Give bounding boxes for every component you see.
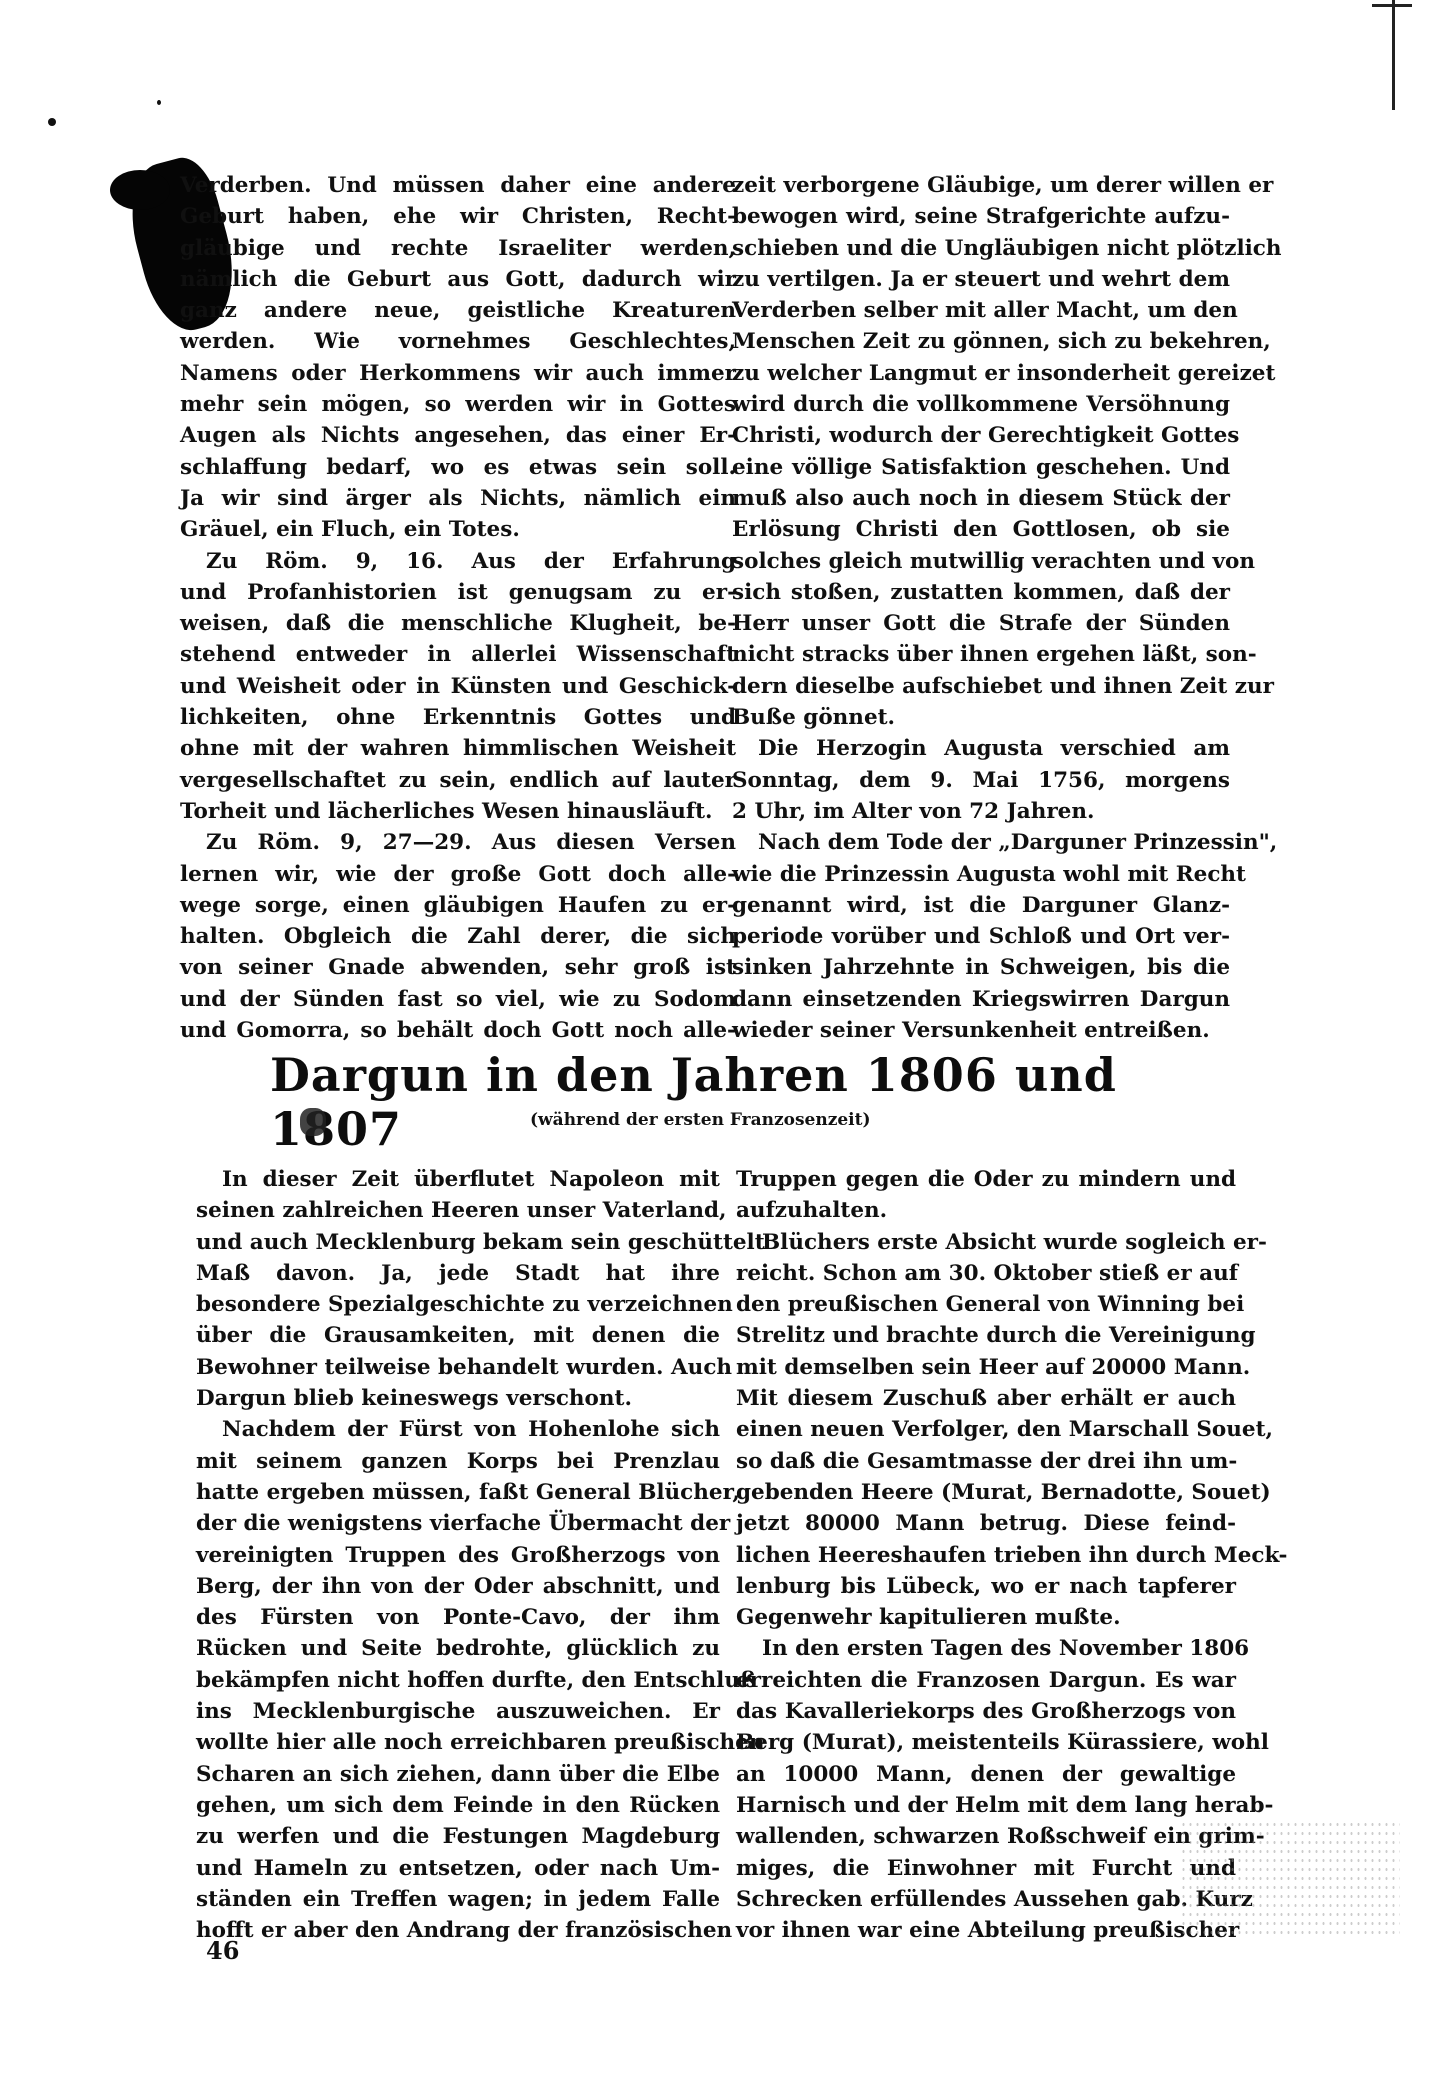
text-line: über die Grausamkeiten, mit denen die bbox=[196, 1320, 720, 1351]
text-line: miges, die Einwohner mit Furcht und bbox=[736, 1853, 1236, 1884]
text-line: nämlich die Geburt aus Gott, dadurch wir bbox=[180, 264, 736, 295]
text-line: das Kavalleriekorps des Großherzogs von bbox=[736, 1696, 1236, 1727]
text-line: Scharen an sich ziehen, dann über die El… bbox=[196, 1759, 720, 1790]
text-line: vereinigten Truppen des Großherzogs von bbox=[196, 1540, 720, 1571]
text-line: den preußischen General von Winning bei bbox=[736, 1289, 1236, 1320]
text-line: und auch Mecklenburg bekam sein geschütt… bbox=[196, 1227, 720, 1258]
text-line: Bewohner teilweise behandelt wurden. Auc… bbox=[196, 1352, 720, 1383]
text-line: wie die Prinzessin Augusta wohl mit Rech… bbox=[732, 859, 1230, 890]
text-line: Zu Röm. 9, 27—29. Aus diesen Versen bbox=[180, 827, 736, 858]
text-line: gebenden Heere (Murat, Bernadotte, Souet… bbox=[736, 1477, 1236, 1508]
text-line: Erlösung Christi den Gottlosen, ob sie bbox=[732, 514, 1230, 545]
text-line: vor ihnen war eine Abteilung preußischer bbox=[736, 1915, 1236, 1946]
text-line: ständen ein Treffen wagen; in jedem Fall… bbox=[196, 1884, 720, 1915]
text-line: hofft er aber den Andrang der französisc… bbox=[196, 1915, 720, 1946]
scanned-book-page: Verderben. Und müssen daher eine andereG… bbox=[0, 0, 1429, 2078]
text-line: Verderben selber mit aller Macht, um den bbox=[732, 295, 1230, 326]
text-line: weisen, daß die menschliche Klugheit, be… bbox=[180, 608, 736, 639]
text-line: Zu Röm. 9, 16. Aus der Erfahrung bbox=[180, 546, 736, 577]
text-line: muß also auch noch in diesem Stück der bbox=[732, 483, 1230, 514]
text-line: wallenden, schwarzen Roßschweif ein grim… bbox=[736, 1821, 1236, 1852]
text-line: werden. Wie vornehmes Geschlechtes, bbox=[180, 326, 736, 357]
text-line: Dargun blieb keineswegs verschont. bbox=[196, 1383, 720, 1414]
text-line: mit demselben sein Heer auf 20000 Mann. bbox=[736, 1352, 1236, 1383]
text-line: mehr sein mögen, so werden wir in Gottes bbox=[180, 389, 736, 420]
text-line: Verderben. Und müssen daher eine andere bbox=[180, 170, 736, 201]
text-line: Geburt haben, ehe wir Christen, Recht- bbox=[180, 201, 736, 232]
text-line: ganz andere neue, geistliche Kreaturen bbox=[180, 295, 736, 326]
text-line: Mit diesem Zuschuß aber erhält er auch bbox=[736, 1383, 1236, 1414]
text-line: schieben und die Ungläubigen nicht plötz… bbox=[732, 233, 1230, 264]
text-line: einen neuen Verfolger, den Marschall Sou… bbox=[736, 1414, 1236, 1445]
text-line: Buße gönnet. bbox=[732, 702, 1230, 733]
section-title: Dargun in den Jahren 1806 und 1807 bbox=[270, 1048, 1170, 1156]
text-line: Ja wir sind ärger als Nichts, nämlich ei… bbox=[180, 483, 736, 514]
text-line: reicht. Schon am 30. Oktober stieß er au… bbox=[736, 1258, 1236, 1289]
section-subtitle: (während der ersten Franzosenzeit) bbox=[530, 1110, 871, 1130]
text-line: und Gomorra, so behält doch Gott noch al… bbox=[180, 1015, 736, 1046]
text-line: 2 Uhr, im Alter von 72 Jahren. bbox=[732, 796, 1230, 827]
text-line: an 10000 Mann, denen der gewaltige bbox=[736, 1759, 1236, 1790]
text-line: Berg (Murat), meistenteils Kürassiere, w… bbox=[736, 1727, 1236, 1758]
text-line: genannt wird, ist die Darguner Glanz- bbox=[732, 890, 1230, 921]
text-line: zeit verborgene Gläubige, um derer wille… bbox=[732, 170, 1230, 201]
text-line: lichkeiten, ohne Erkenntnis Gottes und bbox=[180, 702, 736, 733]
text-line: Nachdem der Fürst von Hohenlohe sich bbox=[196, 1414, 720, 1445]
text-line: sinken Jahrzehnte in Schweigen, bis die bbox=[732, 952, 1230, 983]
text-line: halten. Obgleich die Zahl derer, die sic… bbox=[180, 921, 736, 952]
text-line: wird durch die vollkommene Versöhnung bbox=[732, 389, 1230, 420]
text-line: Maß davon. Ja, jede Stadt hat ihre bbox=[196, 1258, 720, 1289]
text-line: dern dieselbe aufschiebet und ihnen Zeit… bbox=[732, 671, 1230, 702]
text-line: aufzuhalten. bbox=[736, 1195, 1236, 1226]
text-column-top-left: Verderben. Und müssen daher eine andereG… bbox=[180, 170, 736, 1046]
text-line: besondere Spezialgeschichte zu verzeichn… bbox=[196, 1289, 720, 1320]
text-line: zu werfen und die Festungen Magdeburg bbox=[196, 1821, 720, 1852]
ink-speck bbox=[157, 100, 161, 105]
text-line: Gegenwehr kapitulieren mußte. bbox=[736, 1602, 1236, 1633]
text-line: In den ersten Tagen des November 1806 bbox=[736, 1633, 1236, 1664]
text-line: so daß die Gesamtmasse der drei ihn um- bbox=[736, 1446, 1236, 1477]
text-line: Harnisch und der Helm mit dem lang herab… bbox=[736, 1790, 1236, 1821]
text-line: dann einsetzenden Kriegswirren Dargun bbox=[732, 984, 1230, 1015]
text-line: jetzt 80000 Mann betrug. Diese feind- bbox=[736, 1508, 1236, 1539]
text-line: Christi, wodurch der Gerechtigkeit Gotte… bbox=[732, 420, 1230, 451]
text-column-bottom-left: In dieser Zeit überflutet Napoleon mitse… bbox=[196, 1164, 720, 1946]
text-line: Rücken und Seite bedrohte, glücklich zu bbox=[196, 1633, 720, 1664]
text-column-top-right: zeit verborgene Gläubige, um derer wille… bbox=[732, 170, 1230, 1046]
text-line: lichen Heereshaufen trieben ihn durch Me… bbox=[736, 1540, 1236, 1571]
text-line: und Hameln zu entsetzen, oder nach Um- bbox=[196, 1853, 720, 1884]
text-line: gläubige und rechte Israeliter werden, bbox=[180, 233, 736, 264]
text-line: Schrecken erfüllendes Aussehen gab. Kurz bbox=[736, 1884, 1236, 1915]
text-line: stehend entweder in allerlei Wissenschaf… bbox=[180, 639, 736, 670]
text-line: Strelitz und brachte durch die Vereinigu… bbox=[736, 1320, 1236, 1351]
text-line: bekämpfen nicht hoffen durfte, den Entsc… bbox=[196, 1665, 720, 1696]
text-line: und Weisheit oder in Künsten und Geschic… bbox=[180, 671, 736, 702]
text-line: Berg, der ihn von der Oder abschnitt, un… bbox=[196, 1571, 720, 1602]
text-line: Namens oder Herkommens wir auch immer bbox=[180, 358, 736, 389]
ink-smudge bbox=[300, 1108, 326, 1136]
text-line: lernen wir, wie der große Gott doch alle… bbox=[180, 859, 736, 890]
text-line: wollte hier alle noch erreichbaren preuß… bbox=[196, 1727, 720, 1758]
text-line: schlaffung bedarf, wo es etwas sein soll… bbox=[180, 452, 736, 483]
text-line: Augen als Nichts angesehen, das einer Er… bbox=[180, 420, 736, 451]
text-line: solches gleich mutwillig verachten und v… bbox=[732, 546, 1230, 577]
text-line: zu welcher Langmut er insonderheit gerei… bbox=[732, 358, 1230, 389]
text-line: periode vorüber und Schloß und Ort ver- bbox=[732, 921, 1230, 952]
text-line: Blüchers erste Absicht wurde sogleich er… bbox=[736, 1227, 1236, 1258]
text-line: ins Mecklenburgische auszuweichen. Er bbox=[196, 1696, 720, 1727]
text-line: seinen zahlreichen Heeren unser Vaterlan… bbox=[196, 1195, 720, 1226]
text-line: Gräuel, ein Fluch, ein Totes. bbox=[180, 514, 736, 545]
scan-noise bbox=[1180, 1820, 1400, 1940]
text-line: und Profanhistorien ist genugsam zu er- bbox=[180, 577, 736, 608]
text-line: Truppen gegen die Oder zu mindern und bbox=[736, 1164, 1236, 1195]
text-line: Nach dem Tode der „Darguner Prinzessin", bbox=[732, 827, 1230, 858]
text-line: nicht stracks über ihnen ergehen läßt, s… bbox=[732, 639, 1230, 670]
text-line: Menschen Zeit zu gönnen, sich zu bekehre… bbox=[732, 326, 1230, 357]
text-line: hatte ergeben müssen, faßt General Blüch… bbox=[196, 1477, 720, 1508]
text-line: mit seinem ganzen Korps bei Prenzlau bbox=[196, 1446, 720, 1477]
text-line: ohne mit der wahren himmlischen Weisheit bbox=[180, 733, 736, 764]
text-line: wieder seiner Versunkenheit entreißen. bbox=[732, 1015, 1230, 1046]
ink-speck bbox=[48, 118, 56, 126]
text-line: wege sorge, einen gläubigen Haufen zu er… bbox=[180, 890, 736, 921]
page-number: 46 bbox=[206, 1936, 239, 1965]
text-line: von seiner Gnade abwenden, sehr groß ist bbox=[180, 952, 736, 983]
text-line: Die Herzogin Augusta verschied am bbox=[732, 733, 1230, 764]
text-line: Torheit und lächerliches Wesen hinausläu… bbox=[180, 796, 736, 827]
text-line: bewogen wird, seine Strafgerichte aufzu- bbox=[732, 201, 1230, 232]
text-line: vergesellschaftet zu sein, endlich auf l… bbox=[180, 765, 736, 796]
text-line: und der Sünden fast so viel, wie zu Sodo… bbox=[180, 984, 736, 1015]
text-line: lenburg bis Lübeck, wo er nach tapferer bbox=[736, 1571, 1236, 1602]
text-line: Sonntag, dem 9. Mai 1756, morgens bbox=[732, 765, 1230, 796]
ink-blot bbox=[110, 170, 170, 210]
text-line: der die wenigstens vierfache Übermacht d… bbox=[196, 1508, 720, 1539]
text-line: des Fürsten von Ponte-Cavo, der ihm bbox=[196, 1602, 720, 1633]
text-column-bottom-right: Truppen gegen die Oder zu mindern undauf… bbox=[736, 1164, 1236, 1946]
text-line: erreichten die Franzosen Dargun. Es war bbox=[736, 1665, 1236, 1696]
text-line: sich stoßen, zustatten kommen, daß der bbox=[732, 577, 1230, 608]
binding-mark bbox=[1392, 0, 1395, 110]
text-line: In dieser Zeit überflutet Napoleon mit bbox=[196, 1164, 720, 1195]
text-line: Herr unser Gott die Strafe der Sünden bbox=[732, 608, 1230, 639]
text-line: eine völlige Satisfaktion geschehen. Und bbox=[732, 452, 1230, 483]
text-line: zu vertilgen. Ja er steuert und wehrt de… bbox=[732, 264, 1230, 295]
text-line: gehen, um sich dem Feinde in den Rücken bbox=[196, 1790, 720, 1821]
